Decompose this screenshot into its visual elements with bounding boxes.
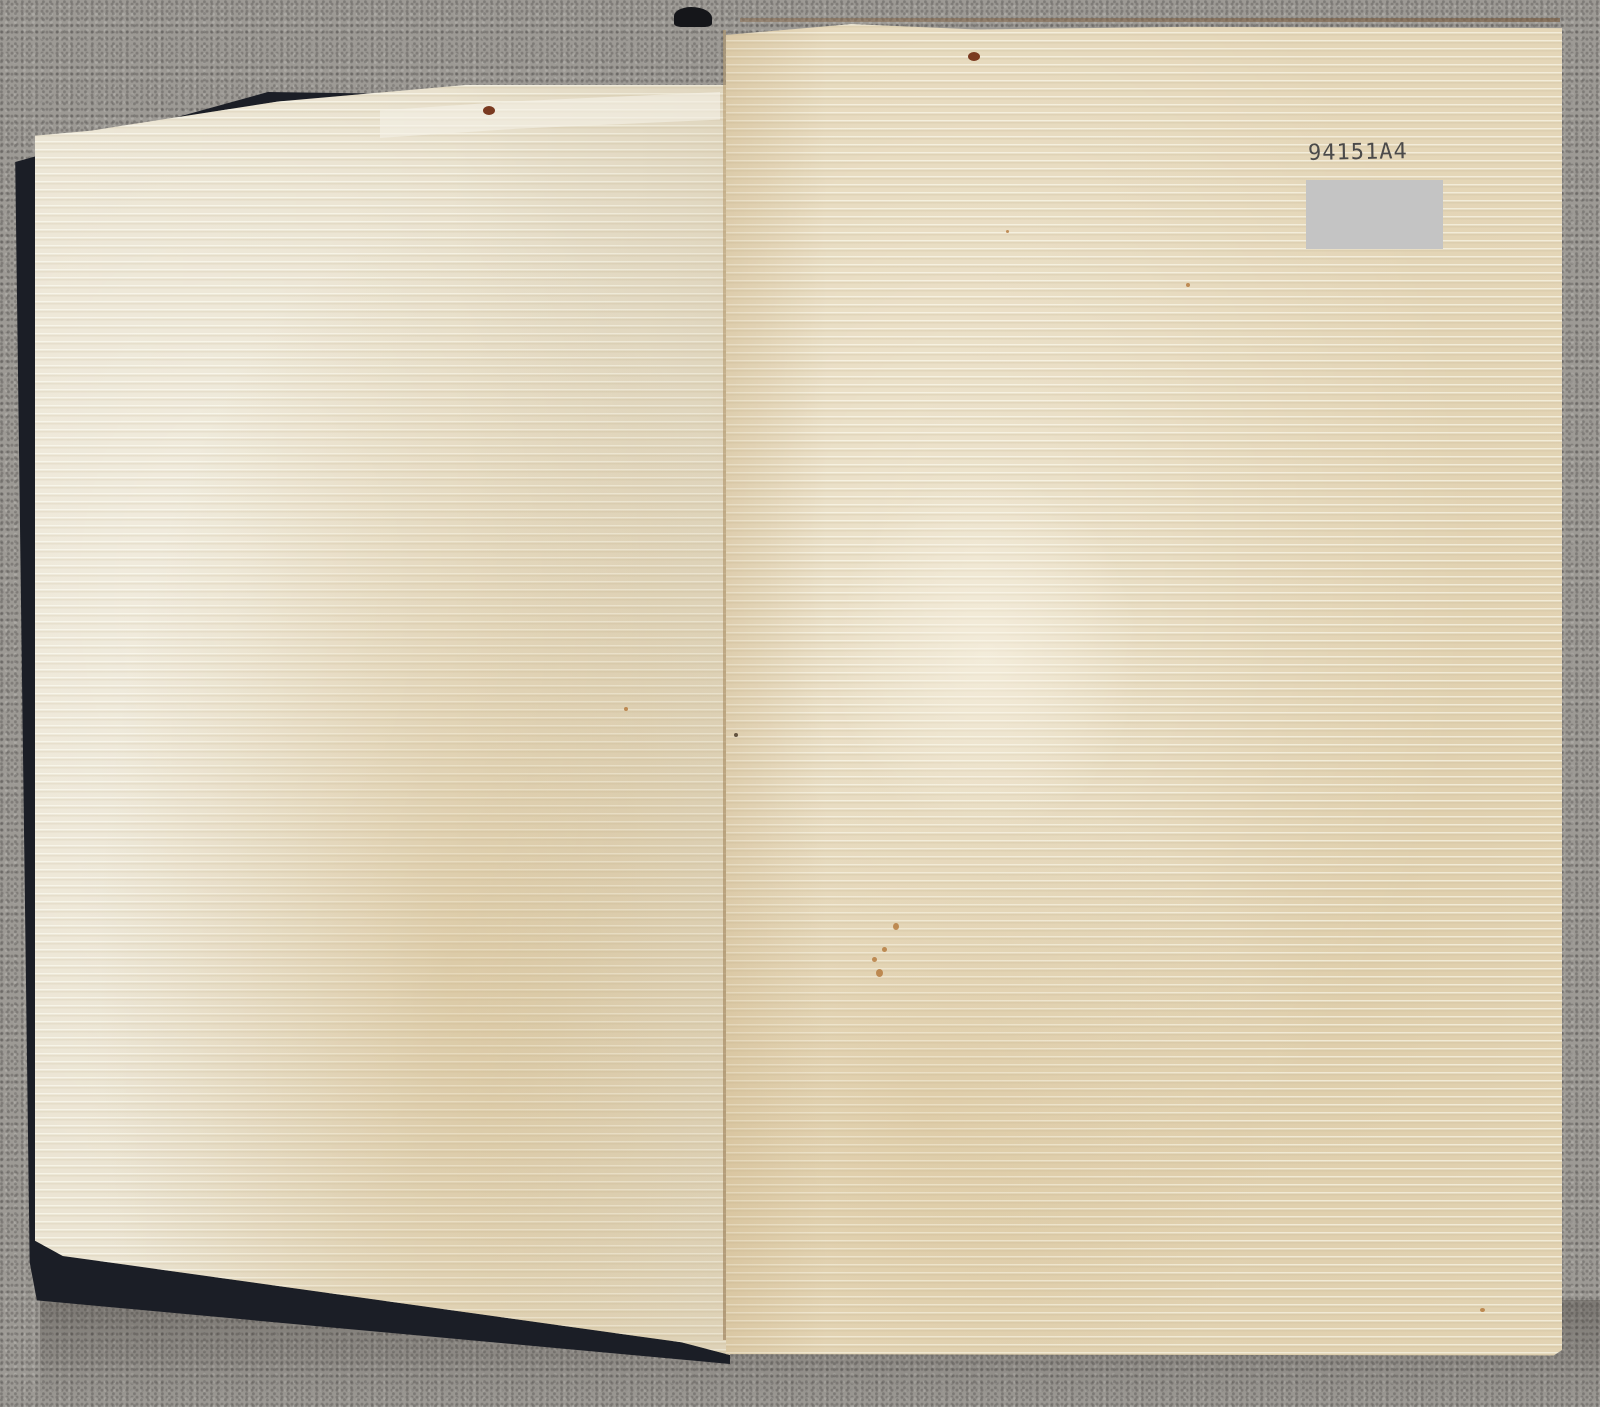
- headband: [674, 7, 712, 27]
- endpaper-hole: [968, 52, 980, 61]
- book-photo: 94151A4: [0, 0, 1600, 1407]
- foxing-spot: [882, 947, 887, 952]
- foxing-spot: [1186, 283, 1190, 287]
- foxing-spot: [893, 923, 899, 930]
- foxing-spot: [734, 733, 738, 737]
- gutter-fold: [723, 30, 726, 1340]
- foxing-spot: [1006, 230, 1009, 233]
- redacted-label: [1306, 180, 1443, 249]
- handwritten-shelfmark: 94151A4: [1308, 139, 1408, 166]
- foxing-spot: [876, 969, 883, 977]
- front-pastedown: [35, 85, 730, 1355]
- pastedown-hole: [483, 106, 495, 115]
- foxing-spot: [1480, 1308, 1485, 1312]
- endpaper-torn-edge: [740, 18, 1560, 22]
- foxing-spot: [624, 707, 628, 711]
- foxing-spot: [872, 957, 877, 962]
